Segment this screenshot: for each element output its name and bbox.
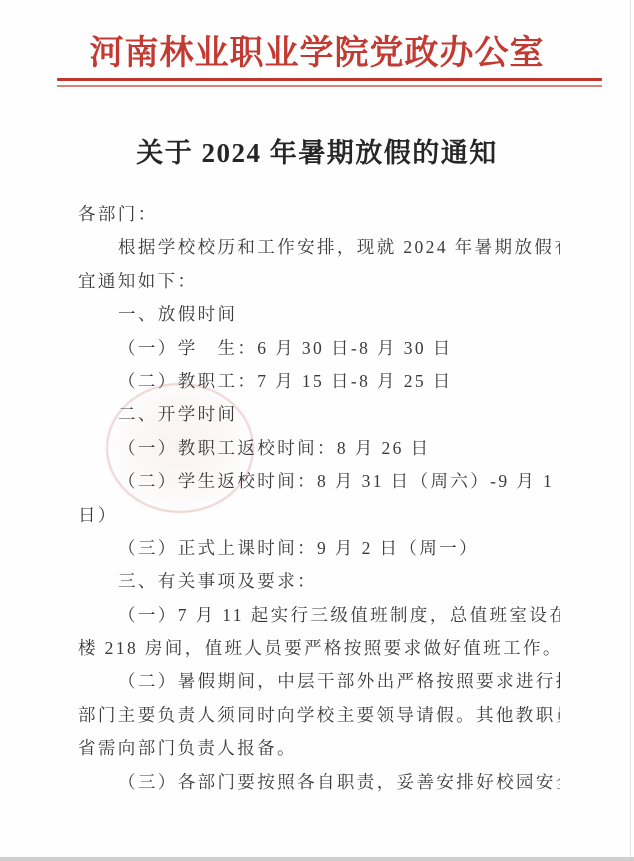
body-line-section-1: 一、放假时间	[78, 298, 560, 331]
body-line: （三）正式上课时间：9 月 2 日（周一）	[78, 532, 560, 565]
letterhead-rule-thin	[57, 85, 602, 87]
body-line: （三）各部门要按照各自职责，妥善安排好校园安全保卫、	[78, 766, 560, 799]
body-line: 省需向部门负责人报备。	[78, 732, 560, 765]
body-line-section-2: 二、开学时间	[78, 398, 560, 431]
body-line: 宜通知如下：	[78, 265, 560, 298]
body-line: 根据学校校历和工作安排，现就 2024 年暑期放假有关事	[78, 231, 560, 264]
body-line: （二）暑假期间，中层干部外出严格按照要求进行报备，	[78, 665, 560, 698]
body-line: （二）教职工：7 月 15 日-8 月 25 日	[78, 365, 560, 398]
body-line: 部门主要负责人须同时向学校主要领导请假。其他教职员工离	[78, 699, 560, 732]
body-line: （一）学 生：6 月 30 日-8 月 30 日	[78, 332, 560, 365]
body-line-section-3: 三、有关事项及要求：	[78, 565, 560, 598]
scan-edge-bottom	[0, 857, 634, 861]
body-line: （二）学生返校时间：8 月 31 日（周六）-9 月 1 日（周	[78, 465, 560, 498]
document-title: 关于 2024 年暑期放假的通知	[0, 136, 634, 170]
body-line: 日）	[78, 499, 560, 532]
body-line: （一）7 月 11 起实行三级值班制度，总值班室设在行政	[78, 599, 560, 632]
letterhead-rule-thick	[57, 78, 602, 81]
body-line: （一）教职工返校时间：8 月 26 日	[78, 432, 560, 465]
scan-edge-right	[630, 0, 631, 861]
body-line: 楼 218 房间，值班人员要严格按照要求做好值班工作。	[78, 632, 560, 665]
body-line-salutation: 各部门：	[78, 198, 560, 231]
document-screenshot: { "letterhead": { "org_name": "河南林业职业学院党…	[0, 0, 634, 861]
document-body: 各部门： 根据学校校历和工作安排，现就 2024 年暑期放假有关事 宜通知如下：…	[78, 198, 560, 799]
document-page: 河南林业职业学院党政办公室 关于 2024 年暑期放假的通知 各部门： 根据学校…	[0, 0, 634, 861]
letterhead-org-name: 河南林业职业学院党政办公室	[0, 33, 634, 75]
